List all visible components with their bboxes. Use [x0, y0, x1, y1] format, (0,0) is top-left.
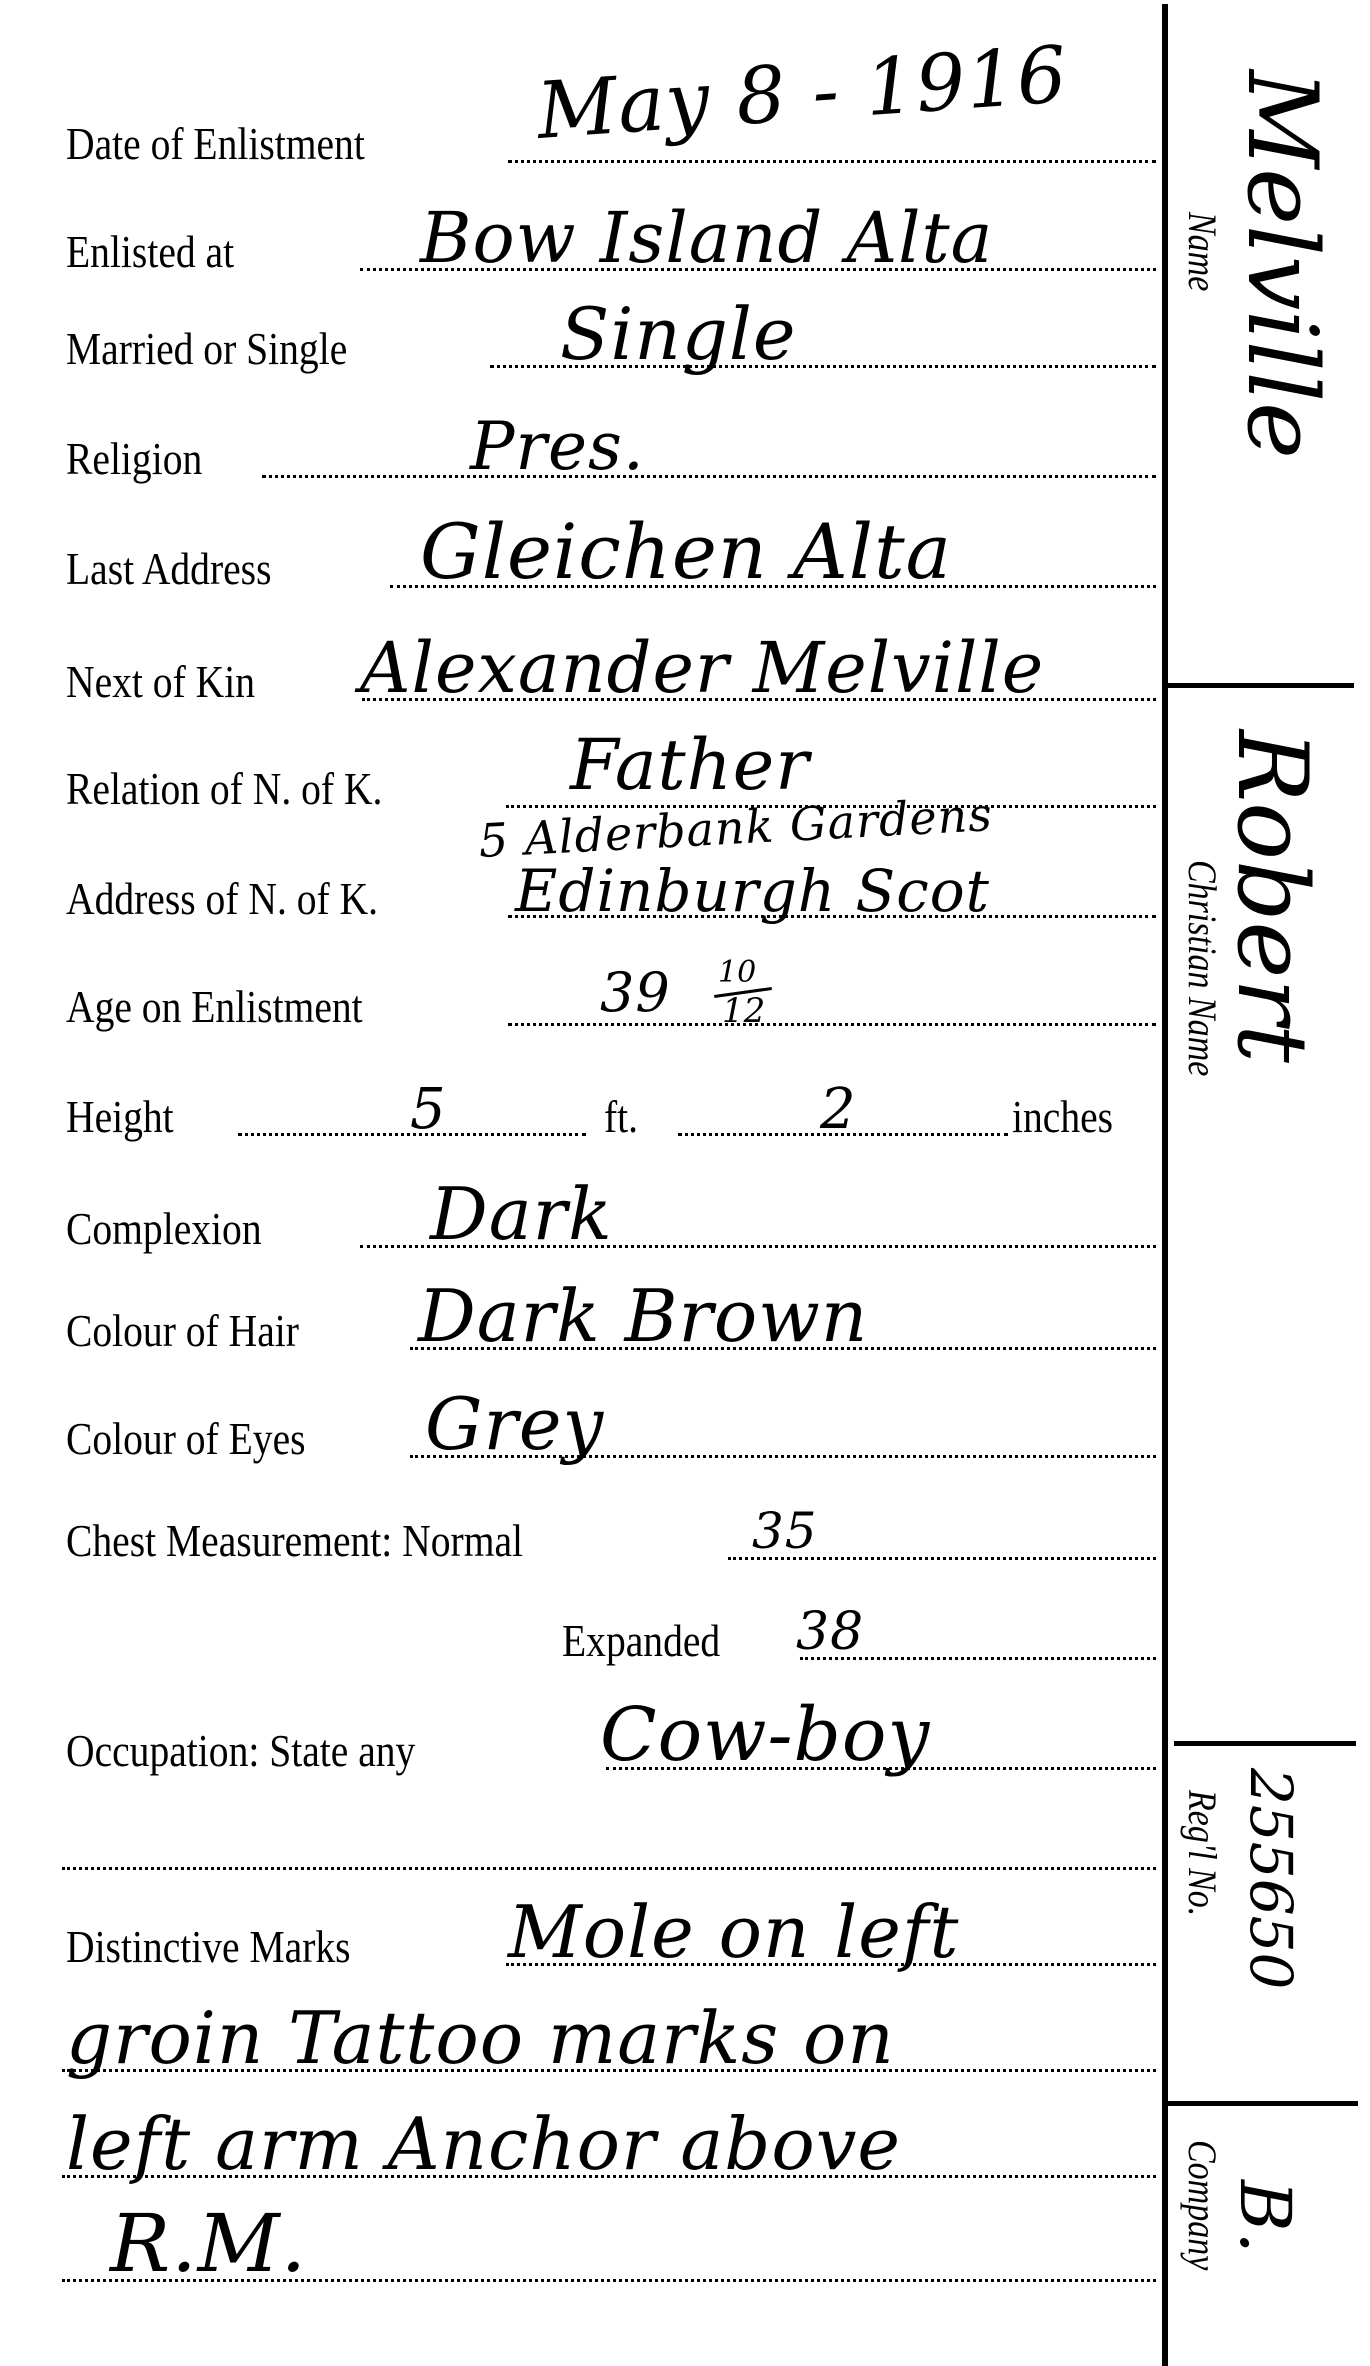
row-last-address: Last Address Gleichen Alta [0, 492, 1162, 592]
row-enlisted-at: Enlisted at Bow Island Alta [0, 175, 1162, 275]
distinctive-marks-value-4[interactable]: R.M. [110, 2204, 307, 2284]
occupation-label: Occupation: State any [66, 1728, 415, 1774]
row-distinctive-marks-3: left arm Anchor above [0, 2082, 1162, 2182]
sidebar-divider-3 [1168, 2101, 1358, 2106]
religion-label: Religion [66, 436, 202, 482]
sidebar-christian-name-value[interactable]: Robert [1224, 730, 1320, 1063]
sidebar-company-value[interactable]: B. [1230, 2180, 1300, 2254]
chest-normal-value[interactable]: 35 [752, 1506, 818, 1556]
row-occupation-continued [0, 1774, 1162, 1874]
colour-of-hair-label: Colour of Hair [66, 1308, 299, 1354]
row-chest-normal: Chest Measurement: Normal 35 [0, 1464, 1162, 1564]
attestation-card: Date of Enlistment May 8 - 1916 Enlisted… [0, 0, 1370, 2366]
religion-value[interactable]: Pres. [470, 414, 645, 480]
sidebar-divider-2 [1174, 1741, 1356, 1746]
married-or-single-value[interactable]: Single [560, 298, 796, 370]
address-of-nok-label: Address of N. of K. [66, 876, 378, 922]
chest-expanded-label: Expanded [562, 1618, 720, 1664]
distinctive-marks-value-1[interactable]: Mole on left [508, 1896, 959, 1968]
distinctive-marks-label: Distinctive Marks [66, 1924, 351, 1970]
colour-of-eyes-label: Colour of Eyes [66, 1416, 306, 1462]
enlisted-at-label: Enlisted at [66, 229, 234, 275]
row-distinctive-marks-2: groin Tattoo marks on [0, 1976, 1162, 2076]
row-colour-of-eyes: Colour of Eyes Grey [0, 1362, 1162, 1462]
complexion-value[interactable]: Dark [430, 1178, 613, 1250]
next-of-kin-value[interactable]: Alexander Melville [360, 633, 1044, 703]
sidebar-name-value[interactable]: Melville [1234, 70, 1330, 459]
last-address-value[interactable]: Gleichen Alta [420, 514, 952, 590]
row-religion: Religion Pres. [0, 382, 1162, 482]
row-address-of-nok: Address of N. of K. 5 Alderbank Gardens … [0, 822, 1162, 922]
height-inches-unit: inches [1012, 1094, 1113, 1140]
relation-of-nok-value[interactable]: Father [570, 730, 810, 800]
complexion-label: Complexion [66, 1206, 262, 1252]
distinctive-marks-value-3[interactable]: left arm Anchor above [66, 2108, 901, 2180]
height-inches-value[interactable]: 2 [820, 1082, 857, 1138]
row-married-or-single: Married or Single Single [0, 272, 1162, 372]
age-on-enlistment-label: Age on Enlistment [66, 984, 363, 1030]
married-or-single-label: Married or Single [66, 326, 347, 372]
date-of-enlistment-line [508, 160, 1156, 163]
row-date-of-enlistment: Date of Enlistment May 8 - 1916 [0, 67, 1162, 167]
row-next-of-kin: Next of Kin Alexander Melville [0, 605, 1162, 705]
sidebar-regimental-number-value[interactable]: 255650 [1242, 1768, 1300, 1989]
sidebar-company-label: Company [1182, 2140, 1222, 2270]
row-colour-of-hair: Colour of Hair Dark Brown [0, 1254, 1162, 1354]
row-height: Height 5 ft. 2 inches [0, 1040, 1162, 1140]
row-occupation: Occupation: State any Cow-boy [0, 1674, 1162, 1774]
sidebar-name-label: Name [1182, 212, 1222, 291]
height-feet-value[interactable]: 5 [410, 1082, 447, 1138]
row-age-on-enlistment: Age on Enlistment 39 10 12 [0, 930, 1162, 1030]
age-fraction-denominator: 12 [722, 994, 765, 1028]
colour-of-eyes-value[interactable]: Grey [425, 1388, 604, 1460]
age-fraction: 10 12 [718, 952, 778, 1022]
height-label: Height [66, 1094, 174, 1140]
last-address-label: Last Address [66, 546, 271, 592]
chest-measurement-label: Chest Measurement: Normal [66, 1518, 523, 1564]
row-chest-expanded: Expanded 38 [0, 1564, 1162, 1664]
sidebar-vertical-rule [1162, 4, 1168, 2366]
colour-of-hair-value[interactable]: Dark Brown [418, 1280, 868, 1352]
row-complexion: Complexion Dark [0, 1152, 1162, 1252]
row-distinctive-marks-1: Distinctive Marks Mole on left [0, 1870, 1162, 1970]
sidebar-divider-1 [1168, 683, 1354, 688]
next-of-kin-label: Next of Kin [66, 659, 255, 705]
address-of-nok-value-line2[interactable]: Edinburgh Scot [515, 862, 990, 920]
date-of-enlistment-value[interactable]: May 8 - 1916 [535, 36, 1070, 151]
row-distinctive-marks-4: R.M. [0, 2186, 1162, 2286]
age-fraction-numerator: 10 [718, 958, 756, 988]
chest-expanded-value[interactable]: 38 [796, 1606, 864, 1658]
religion-line [262, 475, 1156, 478]
occupation-value[interactable]: Cow-boy [600, 1698, 930, 1772]
sidebar-regimental-number-label: Reg'l No. [1182, 1790, 1222, 1916]
enlisted-at-value[interactable]: Bow Island Alta [420, 203, 993, 273]
relation-of-nok-label: Relation of N. of K. [66, 766, 382, 812]
age-on-enlistment-value[interactable]: 39 [600, 966, 671, 1020]
height-feet-unit: ft. [604, 1094, 638, 1140]
date-of-enlistment-label: Date of Enlistment [66, 121, 365, 167]
distinctive-marks-value-2[interactable]: groin Tattoo marks on [66, 2002, 895, 2074]
